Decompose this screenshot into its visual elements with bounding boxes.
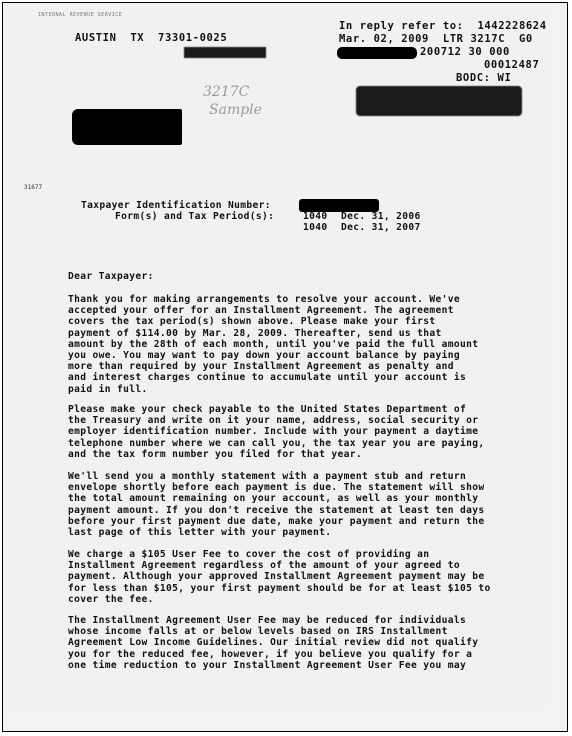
redaction-block	[337, 47, 417, 59]
handwritten-sample: Sample	[209, 102, 262, 118]
code-line: 200712 30 000	[420, 46, 510, 58]
paragraph-user-fee: We charge a $105 User Fee to cover the c…	[68, 549, 491, 605]
redaction-block-name	[72, 109, 182, 145]
sequence-number: 00012487	[484, 59, 539, 71]
paragraph-payment-terms: Thank you for making arrangements to res…	[68, 294, 478, 395]
form-number-1: 1040	[303, 211, 328, 222]
forms-label: Form(s) and Tax Period(s):	[115, 211, 274, 222]
tax-period-1: Dec. 31, 2006	[341, 211, 421, 222]
handwritten-form-number: 3217C	[203, 84, 249, 100]
paragraph-reduced-fee: The Installment Agreement User Fee may b…	[68, 615, 478, 671]
document-frame: INTERNAL REVENUE SERVICE AUSTIN TX 73301…	[2, 2, 568, 732]
letter-page: INTERNAL REVENUE SERVICE AUSTIN TX 73301…	[6, 6, 549, 711]
date-letter-line: Mar. 02, 2009 LTR 3217C G0	[339, 33, 533, 45]
form-number-2: 1040	[303, 222, 328, 233]
salutation: Dear Taxpayer:	[68, 271, 154, 282]
margin-code: 31677	[24, 184, 42, 191]
bodc-code: BODC: WI	[456, 72, 511, 84]
redaction-scribble-address	[356, 86, 522, 116]
redaction-scribble	[184, 47, 266, 58]
tax-period-2: Dec. 31, 2007	[341, 222, 421, 233]
tin-label: Taxpayer Identification Number:	[81, 200, 271, 211]
paragraph-check-instructions: Please make your check payable to the Un…	[68, 404, 485, 460]
reply-number: 1442228624	[477, 20, 546, 32]
paragraph-monthly-statement: We'll send you a monthly statement with …	[68, 471, 485, 538]
reply-label: In reply refer to:	[339, 20, 464, 32]
reply-reference: In reply refer to: 1442228624	[339, 20, 547, 32]
return-address: AUSTIN TX 73301-0025	[75, 32, 227, 44]
agency-line: INTERNAL REVENUE SERVICE	[38, 12, 122, 18]
